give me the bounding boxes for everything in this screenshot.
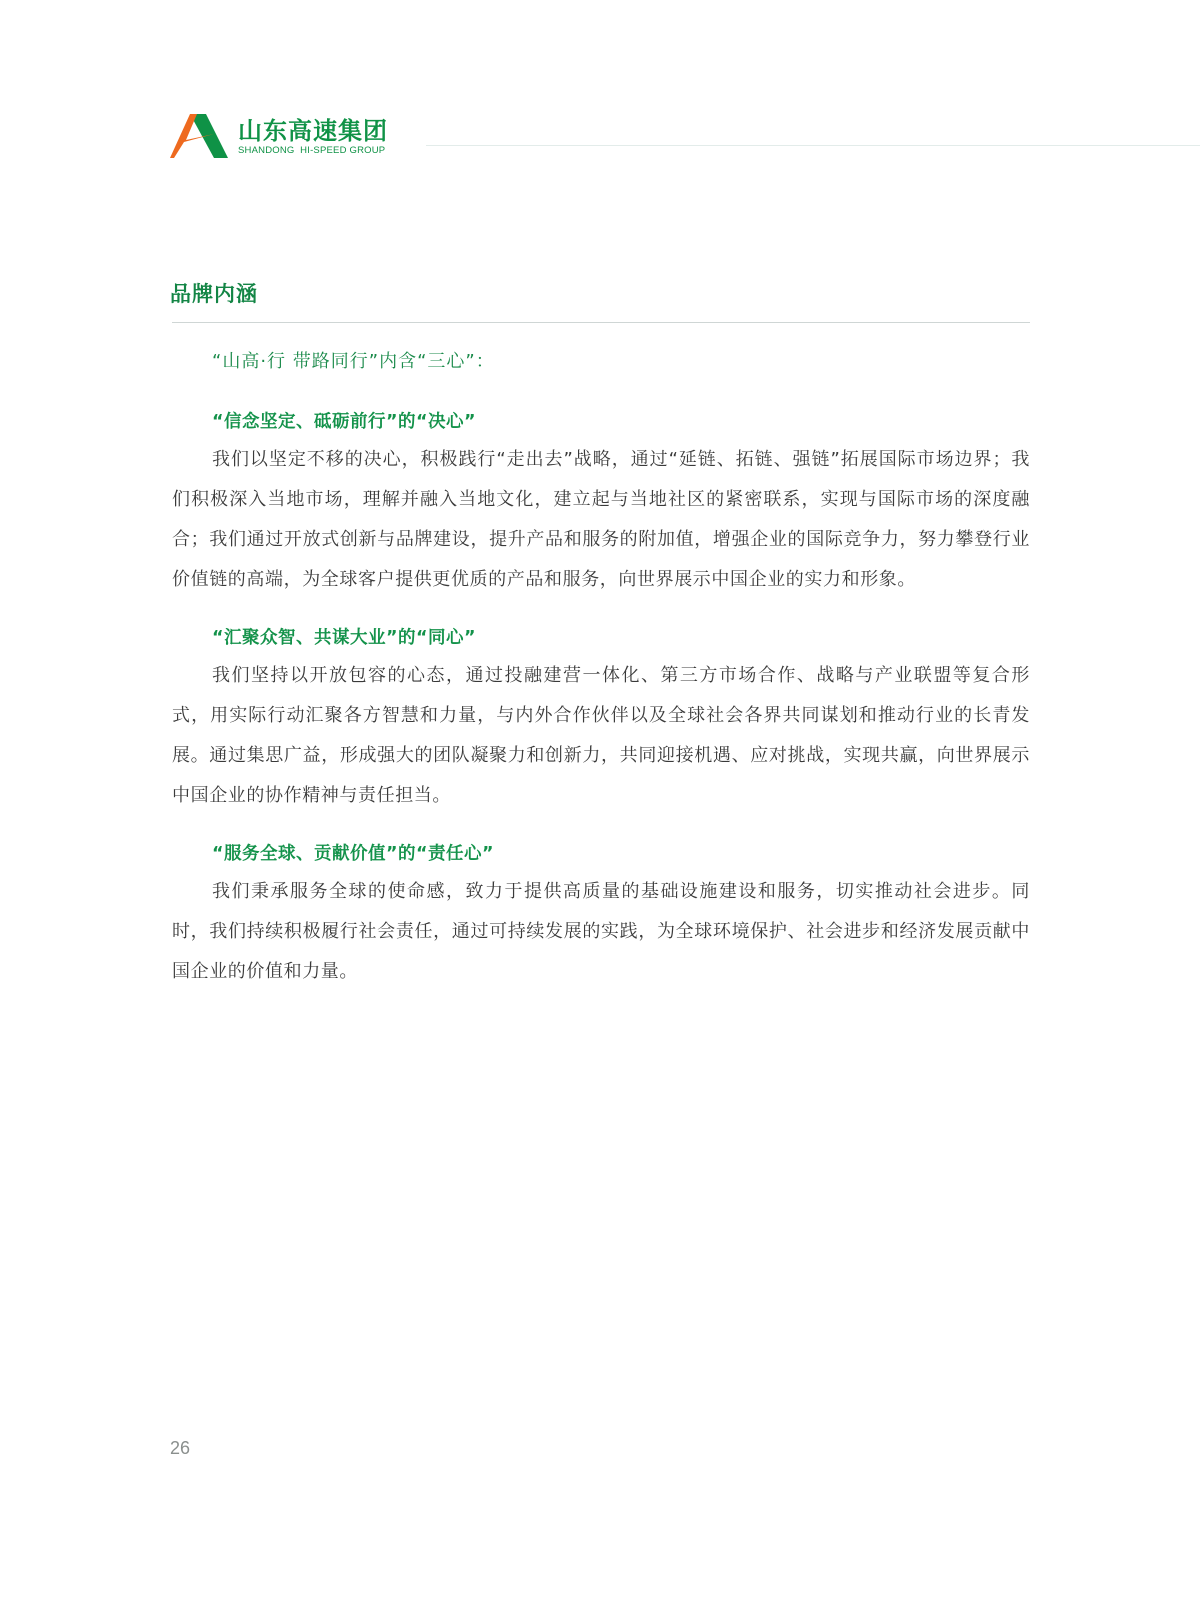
subsection-body-unity: 我们坚持以开放包容的心态，通过投融建营一体化、第三方市场合作、战略与产业联盟等复… — [172, 656, 1030, 816]
logo-name-en: SHANDONG HI-SPEED GROUP — [238, 145, 388, 156]
section-content: “信念坚定、砥砺前行”的“决心” 我们以坚定不移的决心，积极践行“走出去”战略，… — [172, 404, 1030, 1012]
subsection-heading-determination: “信念坚定、砥砺前行”的“决心” — [172, 404, 1030, 440]
title-divider — [172, 322, 1030, 323]
page-number: 26 — [170, 1438, 190, 1459]
logo-name-cn: 山东高速集团 — [238, 117, 388, 145]
section-title: 品牌内涵 — [170, 278, 258, 308]
subsection-heading-unity: “汇聚众智、共谋大业”的“同心” — [172, 620, 1030, 656]
logo-a-mark-icon — [170, 112, 232, 160]
subsection-body-responsibility: 我们秉承服务全球的使命感，致力于提供高质量的基础设施建设和服务，切实推动社会进步… — [172, 872, 1030, 992]
section-intro: “山高·行 带路同行”内含“三心”： — [212, 347, 495, 373]
logo-text: 山东高速集团 SHANDONG HI-SPEED GROUP — [238, 117, 388, 156]
subsection-heading-responsibility: “服务全球、贡献价值”的“责任心” — [172, 836, 1030, 872]
subsection-body-determination: 我们以坚定不移的决心，积极践行“走出去”战略，通过“延链、拓链、强链”拓展国际市… — [172, 440, 1030, 600]
header-divider — [426, 145, 1200, 146]
company-logo: 山东高速集团 SHANDONG HI-SPEED GROUP — [170, 112, 388, 160]
